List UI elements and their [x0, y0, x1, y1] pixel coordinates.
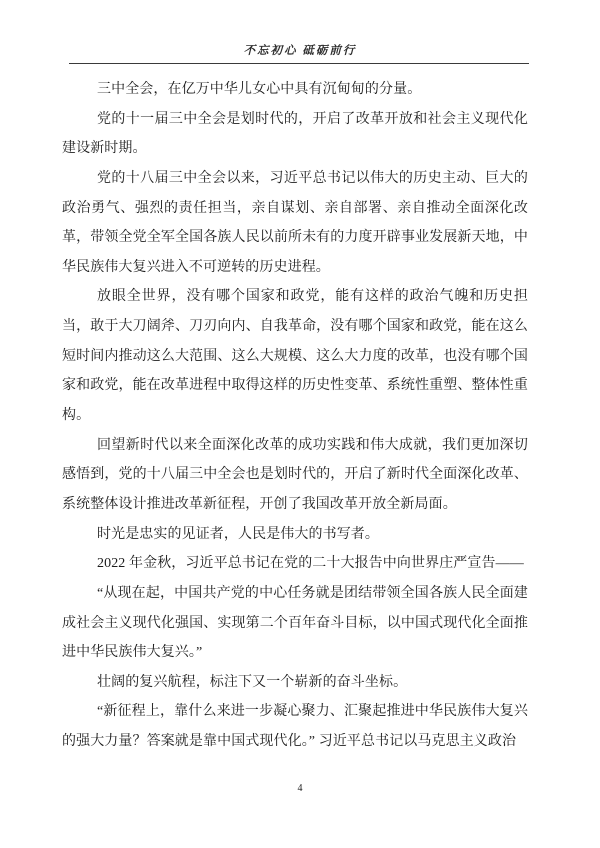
document-body: 三中全会，在亿万中华儿女心中具有沉甸甸的分量。 党的十一届三中全会是划时代的，开… [62, 75, 528, 757]
paragraph-5: 回望新时代以来全面深化改革的成功实践和伟大成就，我们更加深切感悟到，党的十八届三… [62, 431, 528, 520]
paragraph-10: “新征程上，靠什么来进一步凝心聚力、汇聚起推进中华民族伟大复兴的强大力量？答案就… [62, 697, 528, 756]
header-rule [69, 63, 529, 64]
page-number: 4 [0, 783, 600, 794]
paragraph-8: “从现在起，中国共产党的中心任务就是团结带领全国各族人民全面建成社会主义现代化强… [62, 579, 528, 668]
paragraph-3: 党的十八届三中全会以来，习近平总书记以伟大的历史主动、巨大的政治勇气、强烈的责任… [62, 164, 528, 283]
paragraph-6: 时光是忠实的见证者，人民是伟大的书写者。 [62, 520, 528, 550]
page-header-title: 不忘初心 砥砺前行 [0, 42, 600, 58]
paragraph-2: 党的十一届三中全会是划时代的，开启了改革开放和社会主义现代化建设新时期。 [62, 105, 528, 164]
paragraph-1: 三中全会，在亿万中华儿女心中具有沉甸甸的分量。 [62, 75, 528, 105]
document-page: 不忘初心 砥砺前行 三中全会，在亿万中华儿女心中具有沉甸甸的分量。 党的十一届三… [0, 0, 600, 848]
paragraph-4: 放眼全世界，没有哪个国家和政党，能有这样的政治气魄和历史担当，敢于大刀阔斧、刀刃… [62, 282, 528, 430]
paragraph-9: 壮阔的复兴航程，标注下又一个崭新的奋斗坐标。 [62, 668, 528, 698]
paragraph-7: 2022 年金秋，习近平总书记在党的二十大报告中向世界庄严宣告—— [62, 549, 528, 579]
